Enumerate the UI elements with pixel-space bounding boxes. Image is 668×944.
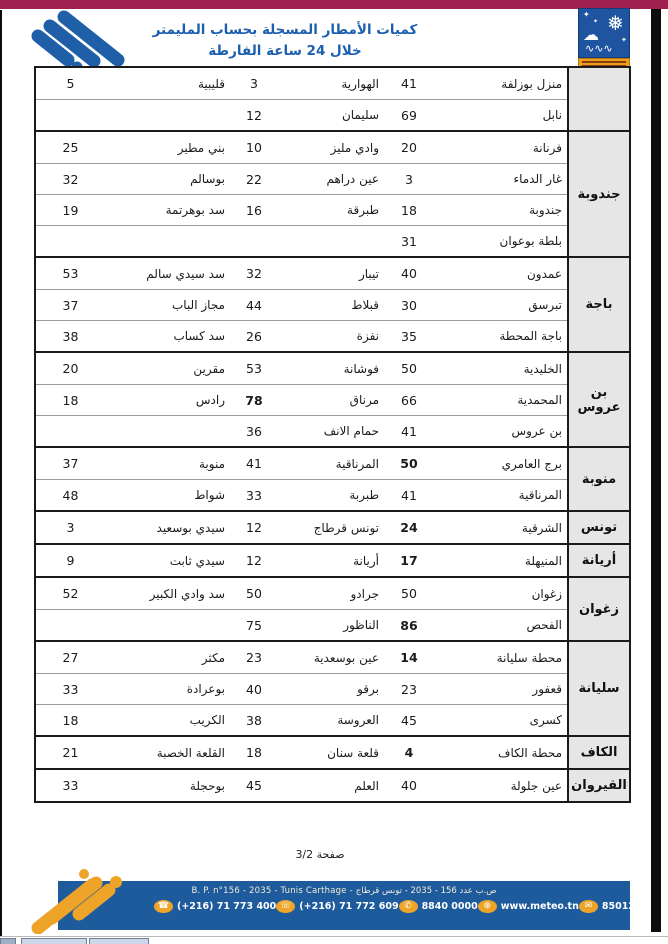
region-label: منوبة bbox=[567, 448, 629, 510]
footer-contact-banner: B. P. n°156 - 2035 - Tunis Carthage - ص.… bbox=[58, 881, 630, 930]
station-name: سيدي بوسعيد bbox=[105, 512, 230, 543]
station-name: سيدي ثابت bbox=[105, 545, 230, 576]
station-name: منوبة bbox=[105, 448, 230, 479]
region-group: تونسالشرقية24تونس قرطاج12سيدي بوسعيد3 bbox=[34, 510, 631, 545]
rainfall-value: 33 bbox=[230, 479, 278, 510]
rainfall-value: 21 bbox=[36, 737, 105, 768]
rainfall-value: 53 bbox=[230, 353, 278, 384]
station-name: المنيهلة bbox=[434, 545, 567, 576]
rainfall-value bbox=[36, 99, 105, 130]
station-name: فرنانة bbox=[434, 132, 567, 163]
rainfall-value: 32 bbox=[230, 258, 278, 289]
contact-text: (+216) 71 773 400 bbox=[177, 901, 276, 912]
rainfall-value bbox=[36, 415, 105, 446]
station-name: سد بوهرتمة bbox=[105, 194, 230, 225]
rainfall-value: 18 bbox=[36, 384, 105, 415]
station-name bbox=[278, 225, 384, 256]
rainfall-value: 36 bbox=[230, 415, 278, 446]
rainfall-value: 52 bbox=[36, 578, 105, 609]
rainfall-value: 37 bbox=[36, 448, 105, 479]
rainfall-value: 3 bbox=[36, 512, 105, 543]
globe-icon: ⊕ bbox=[478, 900, 497, 913]
rainfall-value: 20 bbox=[36, 353, 105, 384]
contact-text: (+216) 71 772 609 bbox=[299, 901, 398, 912]
scan-border-right bbox=[651, 9, 661, 932]
contact-item: ☎(+216) 71 773 400 bbox=[154, 900, 276, 913]
rainfall-value: 41 bbox=[384, 415, 434, 446]
report-title: كميات الأمطار المسجلة بحساب المليمتر خلا… bbox=[135, 20, 435, 62]
station-name: القلعة الخصبة bbox=[105, 737, 230, 768]
rainfall-value: 12 bbox=[230, 545, 278, 576]
contact-item: ✉85012 bbox=[579, 900, 635, 913]
rainfall-value: 23 bbox=[230, 642, 278, 673]
station-name: عين بوسعدية bbox=[278, 642, 384, 673]
rainfall-value: 16 bbox=[230, 194, 278, 225]
station-name: المرناقية bbox=[434, 479, 567, 510]
station-name: شواط bbox=[105, 479, 230, 510]
rainfall-value: 33 bbox=[36, 770, 105, 801]
rainfall-value: 50 bbox=[384, 578, 434, 609]
region-group: جندوبةفرنانة20وادي مليز10بني مطير25غار ا… bbox=[34, 130, 631, 258]
station-name: فوشانة bbox=[278, 353, 384, 384]
region-label: زغوان bbox=[567, 578, 629, 640]
station-name: عمدون bbox=[434, 258, 567, 289]
station-name: الناظور bbox=[278, 609, 384, 640]
rainfall-value: 3 bbox=[384, 163, 434, 194]
rainfall-value: 45 bbox=[230, 770, 278, 801]
rainfall-value: 86 bbox=[384, 609, 434, 640]
contact-item: ✆8840 0000 bbox=[399, 900, 478, 913]
station-name: زغوان bbox=[434, 578, 567, 609]
station-name: جندوبة bbox=[434, 194, 567, 225]
rainfall-value: 45 bbox=[384, 704, 434, 735]
station-name: سد كساب bbox=[105, 320, 230, 351]
rainfall-value: 50 bbox=[230, 578, 278, 609]
station-name: الخليدية bbox=[434, 353, 567, 384]
contact-list: ☎(+216) 71 773 400☏(+216) 71 772 609✆884… bbox=[58, 896, 630, 913]
rainfall-value: 5 bbox=[36, 68, 105, 99]
rainfall-value bbox=[36, 225, 105, 256]
station-name: طبربة bbox=[278, 479, 384, 510]
station-name: سليمان bbox=[278, 99, 384, 130]
station-name: أريانة bbox=[278, 545, 384, 576]
fax-icon: ☏ bbox=[276, 900, 295, 913]
station-name: بني مطير bbox=[105, 132, 230, 163]
station-name: طبرقة bbox=[278, 194, 384, 225]
contact-text: 8840 0000 bbox=[422, 901, 478, 912]
station-name: بوسالم bbox=[105, 163, 230, 194]
inm-logo-emblem-icon: ❅ ✦ ✦ ✦ ☁ ∿∿∿ bbox=[578, 8, 630, 58]
rainfall-value: 18 bbox=[384, 194, 434, 225]
rainfall-value: 66 bbox=[384, 384, 434, 415]
station-name: العروسة bbox=[278, 704, 384, 735]
station-name: نابل bbox=[434, 99, 567, 130]
station-name: بن عروس bbox=[434, 415, 567, 446]
station-name: المرناقية bbox=[278, 448, 384, 479]
region-group: زغوانزغوان50جرادو50سد وادي الكبير52الفحص… bbox=[34, 576, 631, 642]
region-group: القيروانعين جلولة40العلم45بوحجلة33 bbox=[34, 768, 631, 803]
rainfall-value: 30 bbox=[384, 289, 434, 320]
contact-text: www.meteo.tn bbox=[501, 901, 579, 912]
region-group: سليانةمحطة سليانة14عين بوسعدية23مكثر27قع… bbox=[34, 640, 631, 737]
station-name: غار الدماء bbox=[434, 163, 567, 194]
rainfall-value: 32 bbox=[36, 163, 105, 194]
station-name: قبلاط bbox=[278, 289, 384, 320]
rainfall-value: 38 bbox=[230, 704, 278, 735]
station-name: نفزة bbox=[278, 320, 384, 351]
contact-item: ⊕www.meteo.tn bbox=[478, 900, 579, 913]
rainfall-value: 48 bbox=[36, 479, 105, 510]
rainfall-value: 18 bbox=[36, 704, 105, 735]
rainfall-value: 9 bbox=[36, 545, 105, 576]
rainfall-value: 3 bbox=[230, 68, 278, 99]
bottom-window-tabs bbox=[0, 938, 668, 944]
station-name: سد سيدي سالم bbox=[105, 258, 230, 289]
region-label bbox=[567, 68, 629, 130]
rainfall-value: 44 bbox=[230, 289, 278, 320]
rainfall-value: 12 bbox=[230, 512, 278, 543]
rainfall-value: 19 bbox=[36, 194, 105, 225]
region-group: منوبةبرج العامري50المرناقية41منوبة37المر… bbox=[34, 446, 631, 512]
station-name bbox=[105, 99, 230, 130]
rainfall-value: 50 bbox=[384, 448, 434, 479]
station-name: مقرين bbox=[105, 353, 230, 384]
rainfall-value bbox=[36, 609, 105, 640]
region-label: جندوبة bbox=[567, 132, 629, 256]
rainfall-value: 69 bbox=[384, 99, 434, 130]
rainfall-value: 41 bbox=[384, 479, 434, 510]
station-name: بلطة بوعوان bbox=[434, 225, 567, 256]
station-name: المحمدية bbox=[434, 384, 567, 415]
region-label: سليانة bbox=[567, 642, 629, 735]
station-name: رادس bbox=[105, 384, 230, 415]
window-tab[interactable] bbox=[0, 938, 16, 944]
station-name: الفحص bbox=[434, 609, 567, 640]
station-name: سد وادي الكبير bbox=[105, 578, 230, 609]
rainfall-value: 4 bbox=[384, 737, 434, 768]
rainfall-value: 50 bbox=[384, 353, 434, 384]
window-tab[interactable] bbox=[21, 938, 87, 944]
station-name: الشرقية bbox=[434, 512, 567, 543]
rainfall-value: 75 bbox=[230, 609, 278, 640]
report-title-line1: كميات الأمطار المسجلة بحساب المليمتر bbox=[135, 20, 435, 41]
station-name: عين دراهم bbox=[278, 163, 384, 194]
rainfall-value: 41 bbox=[384, 68, 434, 99]
sms-icon: ✉ bbox=[579, 900, 598, 913]
rainfall-value: 25 bbox=[36, 132, 105, 163]
station-name: حمام الانف bbox=[278, 415, 384, 446]
rainfall-value: 17 bbox=[384, 545, 434, 576]
station-name: بوعرادة bbox=[105, 673, 230, 704]
scan-border-top bbox=[0, 0, 668, 9]
rainfall-value: 14 bbox=[384, 642, 434, 673]
region-group: منزل بوزلفة41الهوارية3قليبية5نابل69سليما… bbox=[34, 66, 631, 132]
rainfall-value: 41 bbox=[230, 448, 278, 479]
rainfall-value: 35 bbox=[384, 320, 434, 351]
station-name: منزل بوزلفة bbox=[434, 68, 567, 99]
station-name: برقو bbox=[278, 673, 384, 704]
report-title-line2: خلال 24 ساعة الفارطة bbox=[135, 41, 435, 62]
region-group: بن عروسالخليدية50فوشانة53مقرين20المحمدية… bbox=[34, 351, 631, 448]
rainfall-table: منزل بوزلفة41الهوارية3قليبية5نابل69سليما… bbox=[34, 66, 631, 803]
rainfall-value: 12 bbox=[230, 99, 278, 130]
station-name: كسرى bbox=[434, 704, 567, 735]
rainfall-value: 40 bbox=[230, 673, 278, 704]
contact-text: 85012 bbox=[602, 901, 635, 912]
region-group: الكافمحطة الكاف4قلعة سنان18القلعة الخصبة… bbox=[34, 735, 631, 770]
region-label: أريانة bbox=[567, 545, 629, 576]
station-name: تونس قرطاج bbox=[278, 512, 384, 543]
rainfall-value: 33 bbox=[36, 673, 105, 704]
station-name: الكريب bbox=[105, 704, 230, 735]
rainfall-value: 27 bbox=[36, 642, 105, 673]
station-name: مكثر bbox=[105, 642, 230, 673]
region-group: باجةعمدون40تيبار32سد سيدي سالم53تبرسق30ق… bbox=[34, 256, 631, 353]
rainfall-value: 31 bbox=[384, 225, 434, 256]
scan-border-left bbox=[0, 10, 2, 936]
station-name: قعفور bbox=[434, 673, 567, 704]
station-name: محطة الكاف bbox=[434, 737, 567, 768]
station-name: عين جلولة bbox=[434, 770, 567, 801]
postal-address: B. P. n°156 - 2035 - Tunis Carthage - ص.… bbox=[58, 881, 630, 896]
rainfall-value: 40 bbox=[384, 258, 434, 289]
region-label: بن عروس bbox=[567, 353, 629, 446]
station-name bbox=[105, 225, 230, 256]
contact-item: ☏(+216) 71 772 609 bbox=[276, 900, 398, 913]
rainfall-value: 20 bbox=[384, 132, 434, 163]
station-name: العلم bbox=[278, 770, 384, 801]
region-label: القيروان bbox=[567, 770, 629, 801]
station-name: الهوارية bbox=[278, 68, 384, 99]
page-number: صفحة 3/2 bbox=[240, 848, 400, 861]
rainfall-value: 23 bbox=[384, 673, 434, 704]
station-name: قليبية bbox=[105, 68, 230, 99]
station-name: تيبار bbox=[278, 258, 384, 289]
region-group: أريانةالمنيهلة17أريانة12سيدي ثابت9 bbox=[34, 543, 631, 578]
rainfall-value bbox=[230, 225, 278, 256]
footer-stripes-logo-icon bbox=[24, 852, 139, 938]
rainfall-value: 22 bbox=[230, 163, 278, 194]
region-label: باجة bbox=[567, 258, 629, 351]
rainfall-value: 78 bbox=[230, 384, 278, 415]
rainfall-value: 24 bbox=[384, 512, 434, 543]
rainfall-value: 37 bbox=[36, 289, 105, 320]
station-name: مرناق bbox=[278, 384, 384, 415]
station-name: باجة المحطة bbox=[434, 320, 567, 351]
window-tab[interactable] bbox=[89, 938, 149, 944]
station-name: برج العامري bbox=[434, 448, 567, 479]
rainfall-value: 53 bbox=[36, 258, 105, 289]
phone-icon: ☎ bbox=[154, 900, 173, 913]
station-name: وادي مليز bbox=[278, 132, 384, 163]
station-name: تبرسق bbox=[434, 289, 567, 320]
inm-logo: ❅ ✦ ✦ ✦ ☁ ∿∿∿ bbox=[578, 8, 630, 71]
station-name: محطة سليانة bbox=[434, 642, 567, 673]
rainfall-value: 38 bbox=[36, 320, 105, 351]
station-name bbox=[105, 415, 230, 446]
station-name: مجاز الباب bbox=[105, 289, 230, 320]
rainfall-value: 40 bbox=[384, 770, 434, 801]
rainfall-value: 18 bbox=[230, 737, 278, 768]
call-icon: ✆ bbox=[399, 900, 418, 913]
station-name: بوحجلة bbox=[105, 770, 230, 801]
region-label: الكاف bbox=[567, 737, 629, 768]
region-label: تونس bbox=[567, 512, 629, 543]
rainfall-value: 10 bbox=[230, 132, 278, 163]
rainfall-value: 26 bbox=[230, 320, 278, 351]
station-name: قلعة سنان bbox=[278, 737, 384, 768]
station-name bbox=[105, 609, 230, 640]
station-name: جرادو bbox=[278, 578, 384, 609]
scanned-rainfall-report-page: كميات الأمطار المسجلة بحساب المليمتر خلا… bbox=[0, 0, 668, 944]
